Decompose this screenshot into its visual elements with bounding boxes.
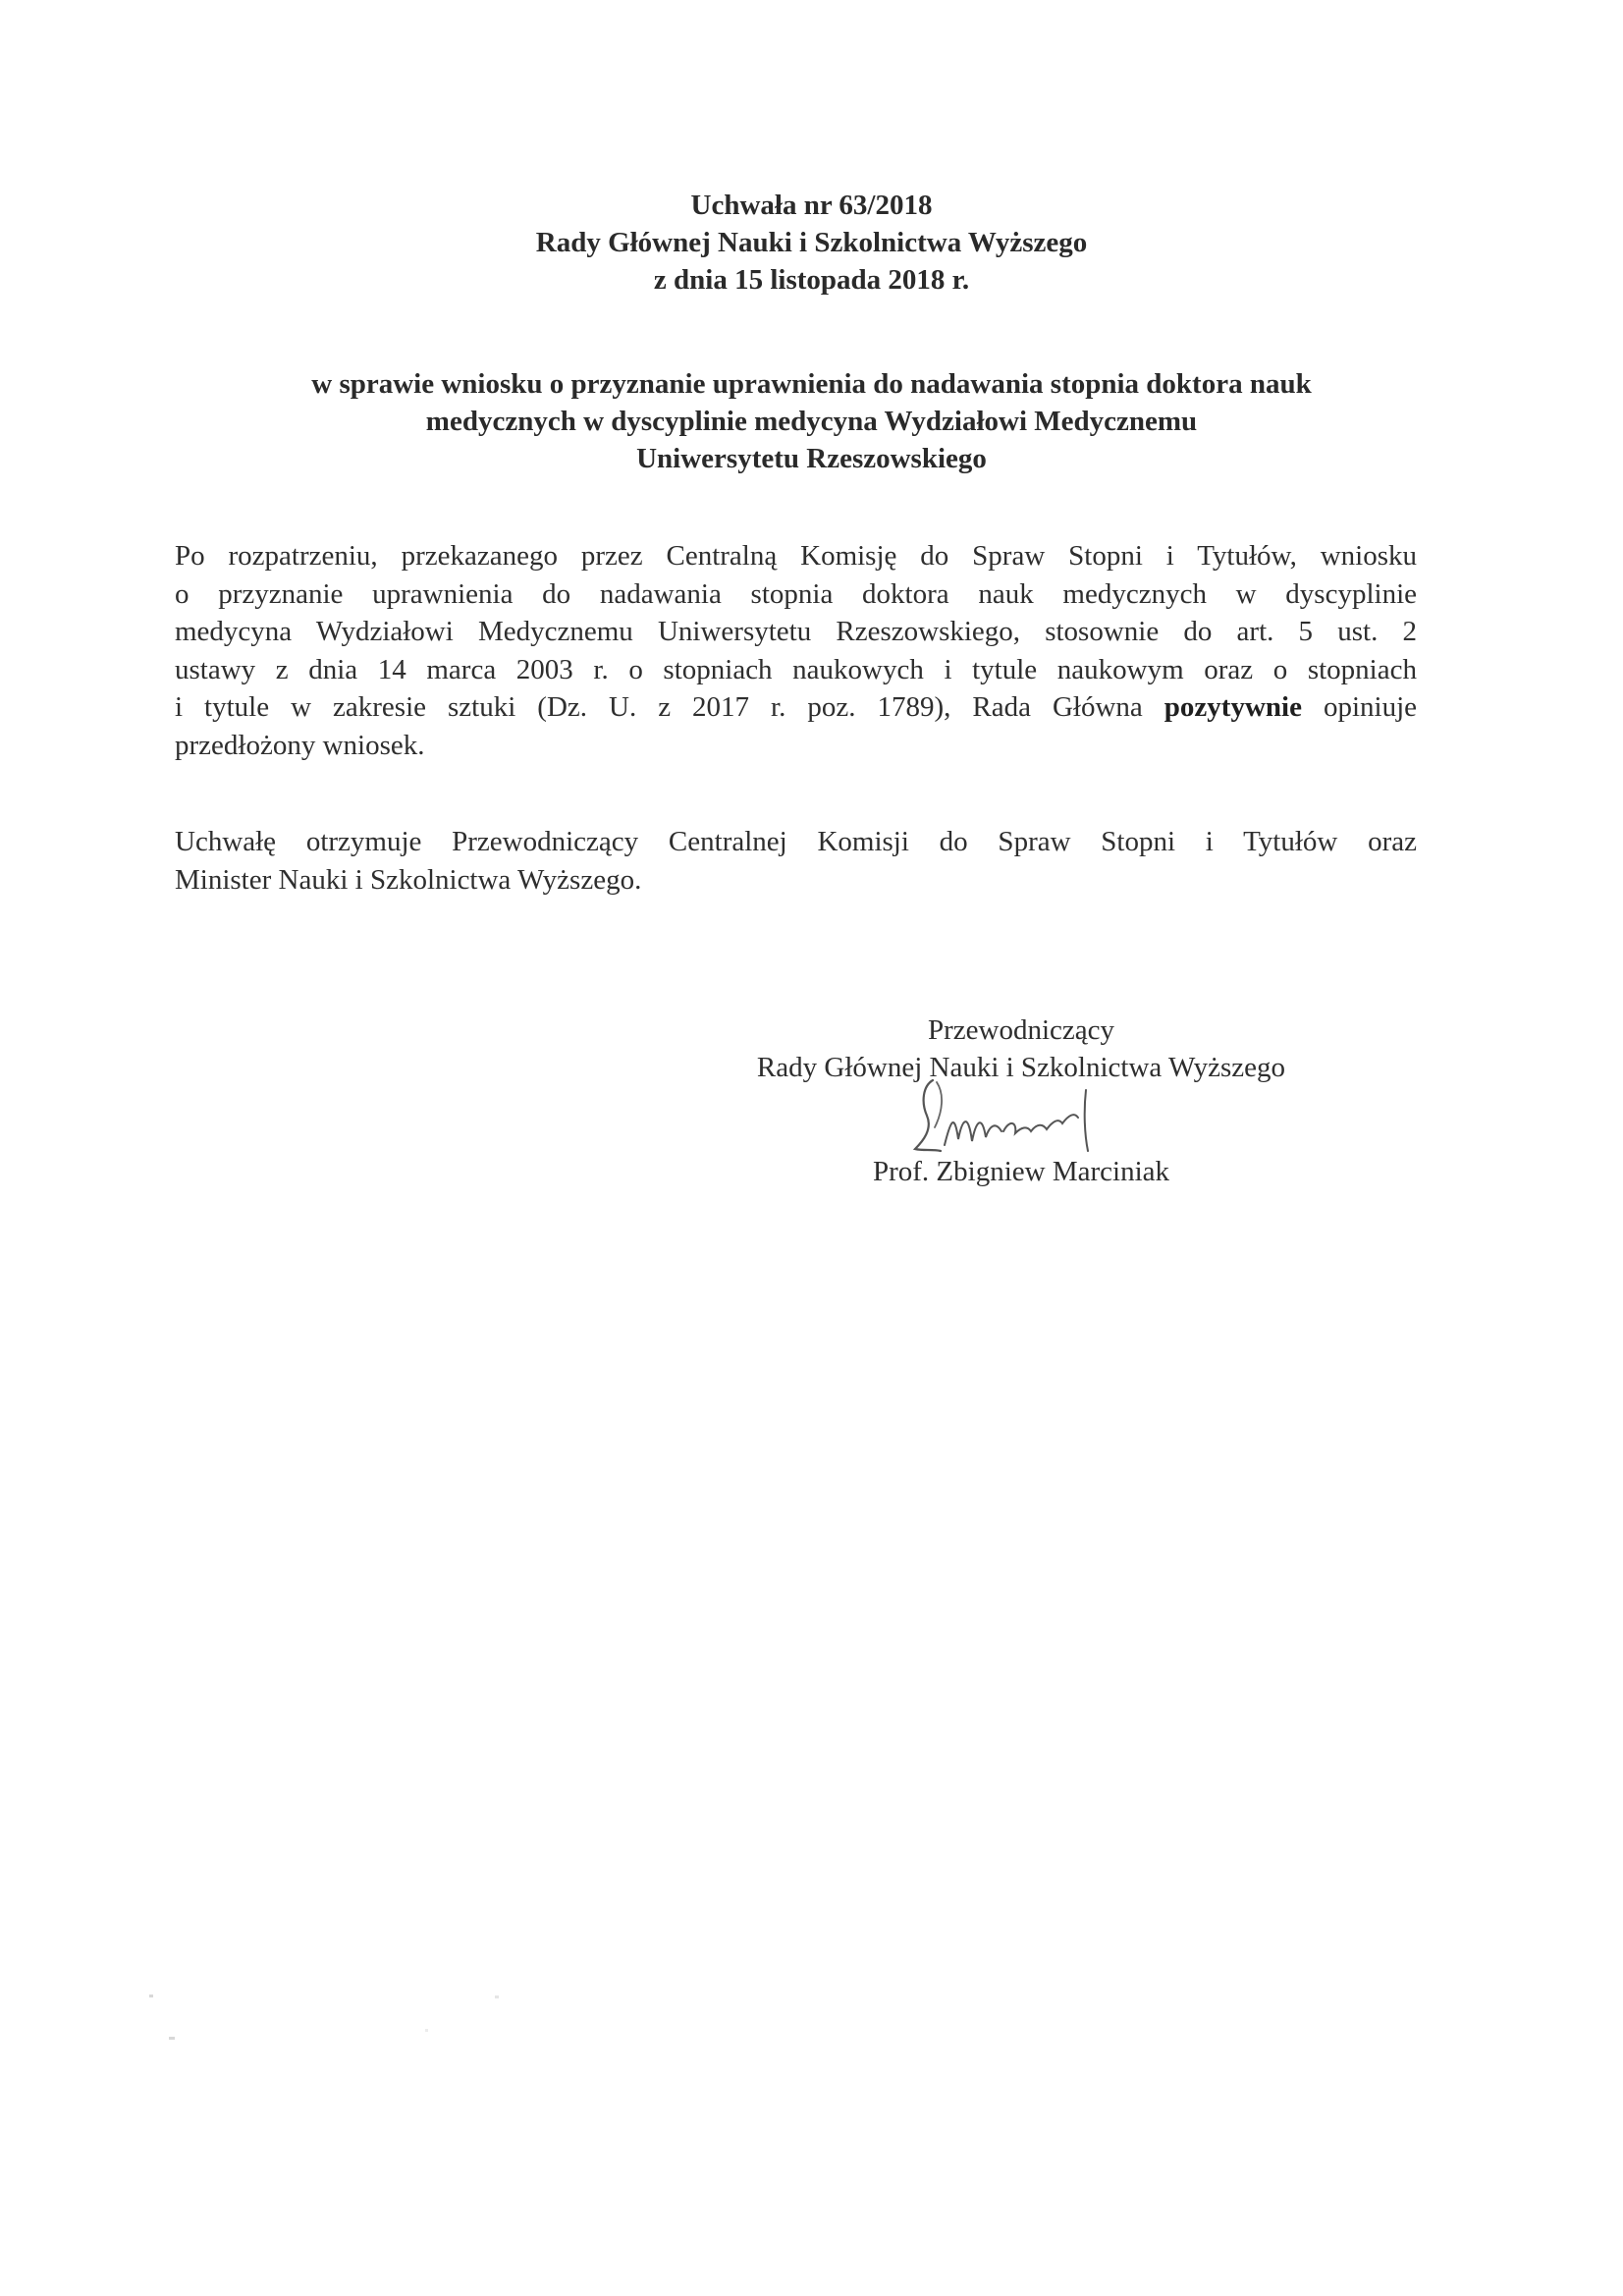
- scan-artifact: [169, 2037, 175, 2040]
- text-segment: opiniuje: [1302, 691, 1417, 723]
- subject-line: Uniwersytetu Rzeszowskiego: [0, 440, 1623, 477]
- subject-line: medycznych w dyscyplinie medycyna Wydzia…: [0, 403, 1623, 440]
- resolution-subject: w sprawie wniosku o przyznanie uprawnien…: [0, 365, 1623, 477]
- signatory-role: Przewodniczący: [687, 1011, 1355, 1049]
- resolution-date: z dnia 15 listopada 2018 r.: [0, 261, 1623, 299]
- text-line: medycyna Wydziałowi Medycznemu Uniwersyt…: [175, 613, 1417, 651]
- text-line: Minister Nauki i Szkolnictwa Wyższego.: [175, 861, 1417, 900]
- text-line: i tytule w zakresie sztuki (Dz. U. z 201…: [175, 688, 1417, 727]
- resolution-number: Uchwała nr 63/2018: [0, 187, 1623, 224]
- signature-block: Przewodniczący Rady Głównej Nauki i Szko…: [687, 1011, 1355, 1190]
- signatory-organization: Rady Głównej Nauki i Szkolnictwa Wyższeg…: [687, 1049, 1355, 1086]
- resolution-header: Uchwała nr 63/2018 Rady Głównej Nauki i …: [0, 187, 1623, 299]
- text-line: o przyznanie uprawnienia do nadawania st…: [175, 575, 1417, 614]
- text-segment: i tytule w zakresie sztuki (Dz. U. z 201…: [175, 691, 1164, 723]
- paragraph-decision: Po rozpatrzeniu, przekazanego przez Cent…: [175, 537, 1417, 764]
- text-line: ustawy z dnia 14 marca 2003 r. o stopnia…: [175, 651, 1417, 689]
- bold-opinion: pozytywnie: [1164, 691, 1302, 723]
- paragraph-recipients: Uchwałę otrzymuje Przewodniczący Central…: [175, 823, 1417, 899]
- document-page: Uchwała nr 63/2018 Rady Głównej Nauki i …: [0, 0, 1623, 2296]
- scan-artifact: [495, 1995, 499, 1998]
- scan-artifact: [149, 1995, 153, 1997]
- scan-artifact: [425, 2029, 428, 2032]
- subject-line: w sprawie wniosku o przyznanie uprawnien…: [0, 365, 1623, 403]
- text-line: Uchwałę otrzymuje Przewodniczący Central…: [175, 823, 1417, 861]
- resolution-issuer: Rady Głównej Nauki i Szkolnictwa Wyższeg…: [0, 224, 1623, 261]
- text-line: przedłożony wniosek.: [175, 727, 1417, 765]
- signatory-name: Prof. Zbigniew Marciniak: [687, 1153, 1355, 1190]
- text-line: Po rozpatrzeniu, przekazanego przez Cent…: [175, 537, 1417, 575]
